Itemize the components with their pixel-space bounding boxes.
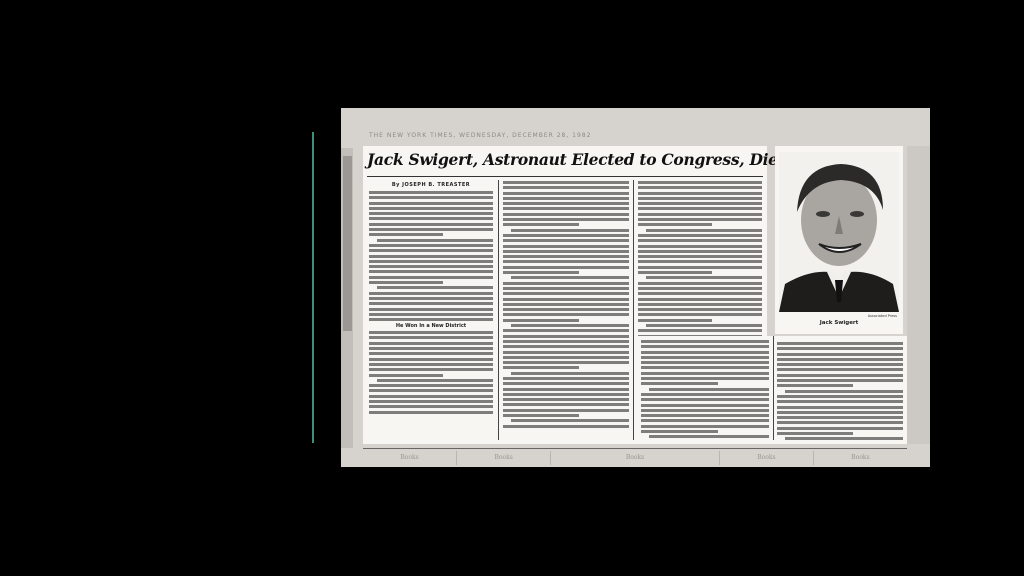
photo-credit: Associated Press bbox=[868, 314, 897, 318]
text-line bbox=[369, 255, 493, 258]
text-line bbox=[646, 276, 762, 279]
text-line bbox=[503, 329, 629, 332]
text-line bbox=[638, 308, 762, 311]
text-line bbox=[638, 329, 762, 332]
text-line bbox=[777, 379, 903, 382]
text-line bbox=[777, 358, 903, 361]
text-line bbox=[369, 411, 493, 414]
text-line bbox=[369, 233, 443, 236]
text-line bbox=[641, 393, 769, 396]
text-line bbox=[641, 414, 769, 417]
text-line bbox=[503, 282, 629, 285]
text-line bbox=[369, 207, 493, 210]
text-line bbox=[777, 421, 903, 424]
text-line bbox=[503, 260, 629, 263]
text-line bbox=[503, 377, 629, 380]
text-line bbox=[369, 212, 493, 215]
text-line bbox=[369, 265, 493, 268]
text-line bbox=[638, 319, 712, 322]
text-line bbox=[777, 374, 903, 377]
text-line bbox=[511, 276, 629, 279]
text-line bbox=[777, 395, 903, 398]
text-line bbox=[649, 388, 769, 391]
text-line bbox=[503, 207, 629, 210]
text-line bbox=[369, 318, 493, 321]
text-line bbox=[503, 388, 629, 391]
photo-box: Associated Press Jack Swigert bbox=[775, 146, 903, 334]
text-line bbox=[369, 249, 493, 252]
text-line bbox=[503, 234, 629, 237]
text-line bbox=[503, 239, 629, 242]
text-line bbox=[503, 319, 579, 322]
headline-rule bbox=[367, 176, 763, 177]
text-line bbox=[511, 324, 629, 327]
byline: By JOSEPH B. TREASTER bbox=[369, 182, 493, 188]
text-line bbox=[369, 281, 443, 284]
text-line bbox=[369, 336, 493, 339]
text-line bbox=[369, 191, 493, 194]
text-line bbox=[641, 398, 769, 401]
text-line bbox=[369, 363, 493, 366]
article-continuation bbox=[637, 336, 909, 444]
text-line bbox=[369, 395, 493, 398]
text-line bbox=[503, 403, 629, 406]
text-line bbox=[641, 356, 769, 359]
text-line bbox=[638, 202, 762, 205]
text-line bbox=[777, 368, 903, 371]
text-line bbox=[503, 266, 629, 269]
text-line bbox=[503, 340, 629, 343]
text-line bbox=[369, 347, 493, 350]
text-line bbox=[503, 223, 579, 226]
text-line bbox=[638, 313, 762, 316]
text-line bbox=[638, 207, 762, 210]
text-line bbox=[369, 297, 493, 300]
text-line bbox=[638, 292, 762, 295]
text-line bbox=[503, 250, 629, 253]
text-line bbox=[503, 303, 629, 306]
text-line bbox=[503, 382, 629, 385]
text-line bbox=[638, 213, 762, 216]
text-line bbox=[638, 298, 762, 301]
text-line bbox=[641, 425, 769, 428]
text-line bbox=[503, 186, 629, 189]
text-line bbox=[503, 202, 629, 205]
text-line bbox=[503, 351, 629, 354]
text-line bbox=[369, 292, 493, 295]
text-line bbox=[503, 271, 579, 274]
text-line bbox=[777, 353, 903, 356]
text-line bbox=[369, 331, 493, 334]
text-line bbox=[503, 255, 629, 258]
text-line bbox=[638, 186, 762, 189]
text-line bbox=[777, 406, 903, 409]
text-line bbox=[641, 372, 769, 375]
text-line bbox=[369, 244, 493, 247]
text-line bbox=[377, 379, 493, 382]
text-line bbox=[369, 217, 493, 220]
text-line bbox=[503, 197, 629, 200]
page-footer: Books Books Books Books Books bbox=[363, 451, 907, 465]
text-line bbox=[646, 324, 762, 327]
text-line bbox=[503, 335, 629, 338]
text-line bbox=[503, 181, 629, 184]
text-line bbox=[503, 245, 629, 248]
text-line bbox=[638, 245, 762, 248]
text-line bbox=[369, 384, 493, 387]
text-line bbox=[503, 366, 579, 369]
footer-cell: Books bbox=[814, 451, 907, 465]
portrait-photo bbox=[779, 152, 899, 312]
text-line bbox=[638, 266, 762, 269]
text-line bbox=[777, 384, 853, 387]
text-line bbox=[649, 435, 769, 438]
text-line bbox=[638, 250, 762, 253]
text-line bbox=[503, 356, 629, 359]
text-line bbox=[369, 374, 443, 377]
text-line bbox=[638, 271, 712, 274]
text-line bbox=[638, 181, 762, 184]
text-line bbox=[503, 298, 629, 301]
column-rule bbox=[633, 180, 634, 440]
text-line bbox=[641, 404, 769, 407]
text-line bbox=[777, 347, 903, 350]
text-line bbox=[503, 287, 629, 290]
text-line bbox=[641, 409, 769, 412]
headline: Jack Swigert, Astronaut Elected to Congr… bbox=[367, 150, 767, 169]
text-line bbox=[777, 363, 903, 366]
photo-caption: Jack Swigert bbox=[775, 320, 903, 326]
text-line bbox=[785, 390, 903, 393]
text-line bbox=[638, 223, 712, 226]
text-line bbox=[503, 398, 629, 401]
text-line bbox=[641, 340, 769, 343]
column-rule bbox=[498, 180, 499, 440]
text-line bbox=[777, 400, 903, 403]
footer-cell: Books bbox=[457, 451, 551, 465]
text-line bbox=[638, 303, 762, 306]
accent-divider-line bbox=[312, 132, 314, 443]
text-line bbox=[369, 228, 493, 231]
text-line bbox=[641, 351, 769, 354]
text-line bbox=[641, 382, 718, 385]
text-line bbox=[777, 427, 903, 430]
text-line bbox=[369, 202, 493, 205]
text-line bbox=[503, 393, 629, 396]
text-line bbox=[503, 192, 629, 195]
text-line bbox=[503, 425, 629, 428]
text-line bbox=[503, 409, 629, 412]
text-line bbox=[369, 276, 493, 279]
text-line bbox=[369, 260, 493, 263]
text-line bbox=[503, 213, 629, 216]
text-line bbox=[369, 342, 493, 345]
text-line bbox=[503, 345, 629, 348]
text-line bbox=[503, 361, 629, 364]
text-line bbox=[511, 229, 629, 232]
text-line bbox=[641, 345, 769, 348]
text-line bbox=[777, 342, 903, 345]
text-line bbox=[369, 358, 493, 361]
text-line bbox=[777, 411, 903, 414]
bottom-rule bbox=[363, 448, 907, 449]
text-line bbox=[503, 308, 629, 311]
text-line bbox=[641, 377, 769, 380]
folio-line: THE NEW YORK TIMES, WEDNESDAY, DECEMBER … bbox=[369, 132, 591, 139]
text-line bbox=[503, 218, 629, 221]
newspaper-clipping: THE NEW YORK TIMES, WEDNESDAY, DECEMBER … bbox=[341, 108, 930, 467]
text-line bbox=[369, 368, 493, 371]
text-line bbox=[638, 255, 762, 258]
text-line bbox=[369, 223, 493, 226]
text-line bbox=[511, 419, 629, 422]
text-line bbox=[377, 286, 493, 289]
footer-cell: Books bbox=[551, 451, 720, 465]
text-line bbox=[369, 405, 493, 408]
text-line bbox=[641, 419, 769, 422]
text-line bbox=[503, 313, 629, 316]
text-line bbox=[503, 292, 629, 295]
footer-cell: Books bbox=[720, 451, 814, 465]
text-line bbox=[377, 239, 493, 242]
text-line bbox=[638, 234, 762, 237]
text-line bbox=[369, 313, 493, 316]
text-line bbox=[777, 432, 853, 435]
text-line bbox=[638, 197, 762, 200]
adjacent-column-strip bbox=[341, 148, 353, 448]
text-line bbox=[503, 414, 579, 417]
text-line bbox=[641, 366, 769, 369]
text-line bbox=[369, 389, 493, 392]
text-line bbox=[641, 430, 718, 433]
text-line bbox=[369, 270, 493, 273]
text-line bbox=[777, 416, 903, 419]
text-line bbox=[511, 372, 629, 375]
text-line bbox=[638, 218, 762, 221]
text-line bbox=[641, 361, 769, 364]
subhead: He Won In a New District bbox=[369, 323, 493, 329]
article-column-2 bbox=[503, 181, 629, 428]
text-line bbox=[369, 308, 493, 311]
text-line bbox=[646, 229, 762, 232]
text-line bbox=[369, 400, 493, 403]
right-margin bbox=[907, 146, 930, 444]
text-line bbox=[369, 196, 493, 199]
text-line bbox=[785, 437, 903, 440]
footer-cell: Books bbox=[363, 451, 457, 465]
article-column-1: By JOSEPH B. TREASTER He Won In a New Di… bbox=[369, 181, 493, 414]
text-line bbox=[638, 192, 762, 195]
text-line bbox=[638, 239, 762, 242]
text-line bbox=[638, 260, 762, 263]
text-line bbox=[369, 302, 493, 305]
text-line bbox=[638, 282, 762, 285]
text-line bbox=[638, 287, 762, 290]
text-line bbox=[369, 352, 493, 355]
